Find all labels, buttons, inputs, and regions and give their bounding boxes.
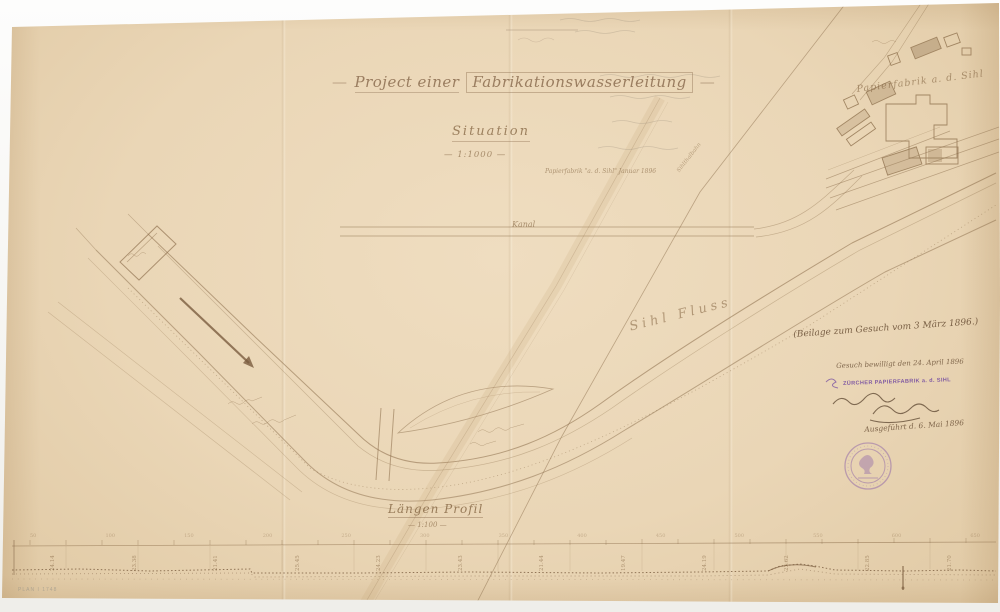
small-ink-note: Papierfabrik "a. d. Sihl" Januar 1896 [545,168,656,175]
round-stamp [845,443,891,489]
profile-number: 21.70 [947,563,965,571]
scan-viewport: 29459 — Project einer Fabrikationswasser… [0,0,1000,612]
profile-number: 450 [656,533,666,539]
profile-number: 150 [184,533,194,539]
profile-number: 650 [970,533,980,539]
title-prefix: Project einer [355,73,460,93]
profile-number: 23.38 [132,563,150,571]
title-boxed-part: Fabrikationswasserleitung [466,72,692,93]
profile-number: 24.19 [702,563,720,571]
profile-title: Längen Profil [388,502,483,518]
profile-elevation-numbers: 24.1423.3821.4125.4524.2323.4321.4419.47… [55,548,960,566]
profile-number: 22.85 [865,563,883,571]
profile-number: 250 [341,533,351,539]
profile-number: 300 [420,533,430,539]
bridge [376,408,394,481]
subtitle-situation: Situation [452,124,530,142]
profile-number: 21.41 [213,563,231,571]
profile-scale: — 1:100 — [408,521,447,529]
profile-number: 500 [734,533,744,539]
profile-number: 24.23 [376,563,394,571]
canal-label: Kanal [512,220,535,229]
flow-arrow [180,298,254,368]
title-block: — Project einer Fabrikationswasserleitun… [332,72,715,93]
profile-number: 100 [105,533,115,539]
archive-number-upside-down: 29459 [405,0,497,10]
stamp-emblem [859,455,874,474]
archive-corner-label: PLAN I 1748 [18,587,57,593]
profile-number: 50 [30,533,36,539]
profile-number: 200 [263,533,273,539]
profile-number: 25.45 [295,563,313,571]
profile-number: 400 [577,533,587,539]
situation-scale: — 1:1000 — [444,150,506,160]
purple-paraph [826,379,838,388]
profile-number: 23.43 [458,563,476,571]
profile-number: 350 [499,533,509,539]
factory-roads [826,2,999,210]
factory-buildings [837,33,971,175]
title-dash-left: — [332,73,348,91]
profile-number: 550 [813,533,823,539]
title-dash-right: — [700,73,716,91]
archive-number-underline [506,30,578,42]
profile-number: 23.62 [784,563,802,571]
railway-line [472,3,846,612]
profile-number: 24.14 [50,563,68,571]
profile-number: 19.47 [621,563,639,571]
profile-number: 21.44 [539,563,557,571]
profile-number: 600 [892,533,902,539]
signatures [833,393,939,422]
profile-station-numbers: 50100150200250300350400450500550600650 [30,533,980,539]
scanned-plan-sheet: 29459 — Project einer Fabrikationswasser… [0,0,1000,612]
